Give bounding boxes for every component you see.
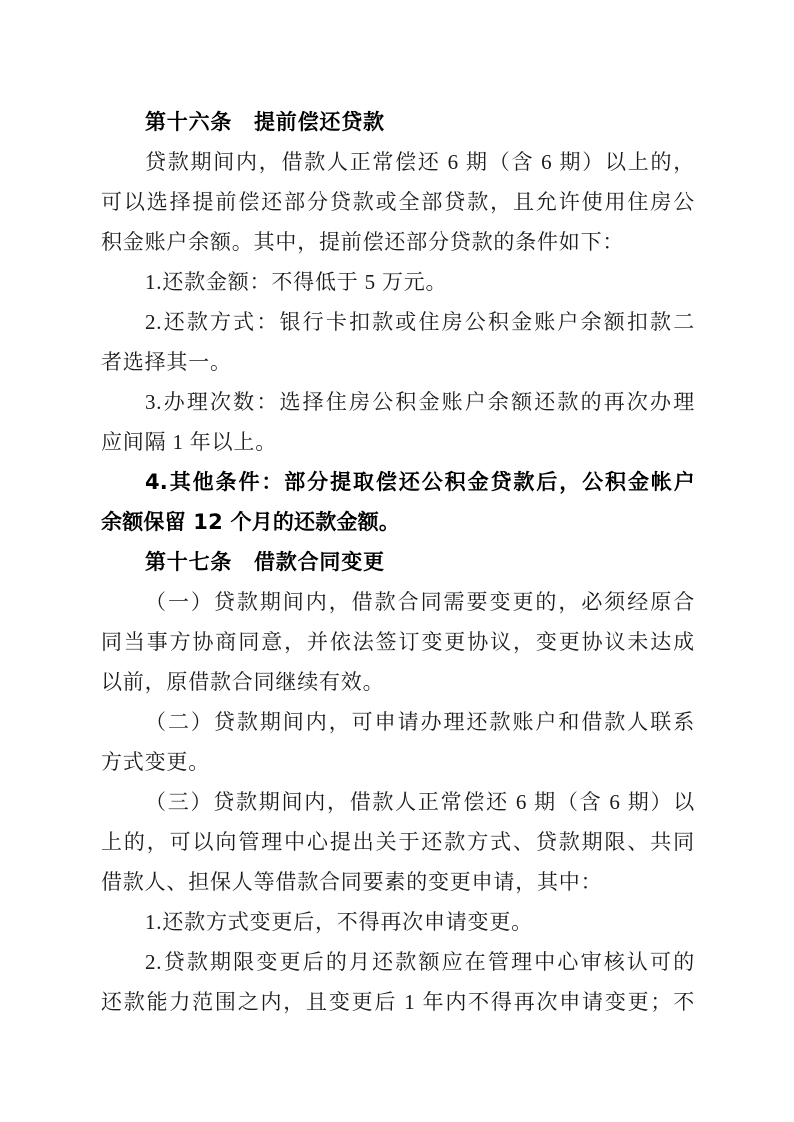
text-line: 3.办理次数：选择住房公积金账户余额还款的再次办理 xyxy=(101,382,695,422)
paragraph: 1.还款金额：不得低于 5 万元。 xyxy=(101,262,695,302)
text-line: 以前，原借款合同继续有效。 xyxy=(101,662,695,702)
article-heading: 第十六条 提前偿还贷款 xyxy=(101,102,695,142)
article-heading: 第十七条 借款合同变更 xyxy=(101,542,695,582)
text-line: 4.其他条件：部分提取偿还公积金贷款后，公积金帐户 xyxy=(101,462,695,502)
text-line: 同当事方协商同意，并依法签订变更协议，变更协议未达成 xyxy=(101,622,695,662)
paragraph: 2.还款方式：银行卡扣款或住房公积金账户余额扣款二者选择其一。 xyxy=(101,302,695,382)
text-line: 积金账户余额。其中，提前偿还部分贷款的条件如下： xyxy=(101,222,695,262)
paragraph: 1.还款方式变更后，不得再次申请变更。 xyxy=(101,902,695,942)
paragraph: （三）贷款期间内，借款人正常偿还 6 期（含 6 期）以上的，可以向管理中心提出… xyxy=(101,782,695,902)
text-line: 2.贷款期限变更后的月还款额应在管理中心审核认可的 xyxy=(101,942,695,982)
text-line: 者选择其一。 xyxy=(101,342,695,382)
text-line: 借款人、担保人等借款合同要素的变更申请，其中： xyxy=(101,862,695,902)
text-line: 余额保留 12 个月的还款金额。 xyxy=(101,502,695,542)
paragraph: （一）贷款期间内，借款合同需要变更的，必须经原合同当事方协商同意，并依法签订变更… xyxy=(101,582,695,702)
paragraph: 4.其他条件：部分提取偿还公积金贷款后，公积金帐户余额保留 12 个月的还款金额… xyxy=(101,462,695,542)
heading-line: 第十六条 提前偿还贷款 xyxy=(101,102,695,142)
heading-line: 第十七条 借款合同变更 xyxy=(101,542,695,582)
paragraph: （二）贷款期间内，可申请办理还款账户和借款人联系方式变更。 xyxy=(101,702,695,782)
text-line: 1.还款金额：不得低于 5 万元。 xyxy=(101,262,695,302)
text-line: 1.还款方式变更后，不得再次申请变更。 xyxy=(101,902,695,942)
text-line: 方式变更。 xyxy=(101,742,695,782)
text-line: （二）贷款期间内，可申请办理还款账户和借款人联系 xyxy=(101,702,695,742)
text-line: 应间隔 1 年以上。 xyxy=(101,422,695,462)
text-line: 贷款期间内，借款人正常偿还 6 期（含 6 期）以上的， xyxy=(101,142,695,182)
paragraph: 2.贷款期限变更后的月还款额应在管理中心审核认可的还款能力范围之内，且变更后 1… xyxy=(101,942,695,1022)
paragraph: 贷款期间内，借款人正常偿还 6 期（含 6 期）以上的，可以选择提前偿还部分贷款… xyxy=(101,142,695,262)
document-body: 第十六条 提前偿还贷款贷款期间内，借款人正常偿还 6 期（含 6 期）以上的，可… xyxy=(101,102,695,1022)
text-line: 还款能力范围之内，且变更后 1 年内不得再次申请变更；不 xyxy=(101,982,695,1022)
paragraph: 3.办理次数：选择住房公积金账户余额还款的再次办理应间隔 1 年以上。 xyxy=(101,382,695,462)
text-line: （三）贷款期间内，借款人正常偿还 6 期（含 6 期）以 xyxy=(101,782,695,822)
document-page: 第十六条 提前偿还贷款贷款期间内，借款人正常偿还 6 期（含 6 期）以上的，可… xyxy=(0,0,794,1122)
text-line: （一）贷款期间内，借款合同需要变更的，必须经原合 xyxy=(101,582,695,622)
text-line: 上的，可以向管理中心提出关于还款方式、贷款期限、共同 xyxy=(101,822,695,862)
text-line: 可以选择提前偿还部分贷款或全部贷款，且允许使用住房公 xyxy=(101,182,695,222)
text-line: 2.还款方式：银行卡扣款或住房公积金账户余额扣款二 xyxy=(101,302,695,342)
